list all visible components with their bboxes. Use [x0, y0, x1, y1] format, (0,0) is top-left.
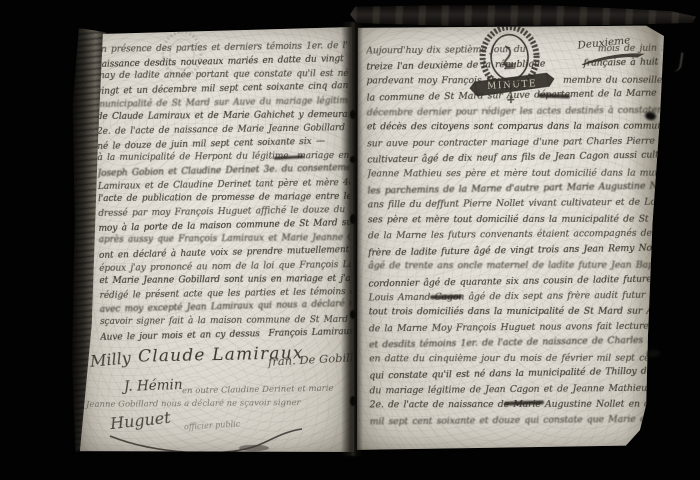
signature-milly: Milly [89, 348, 131, 370]
ink-strikethrough [430, 295, 462, 299]
signature-flourish [104, 424, 314, 458]
right-page: Deuxieme MINUTE Aujourd'huy dix septième… [356, 24, 668, 452]
book-edge-sheen [350, 5, 696, 26]
margin-pen-mark [671, 51, 684, 72]
manuscript-line: ses père et mère tout domicilié dans la … [368, 211, 664, 227]
register-scan: en présence des parties et derniers témo… [0, 0, 700, 480]
signature-hemin: J. Hémin [124, 377, 183, 395]
manuscript-line: ans fille du deffunt Pierre Nollet vivan… [368, 195, 664, 213]
manuscript-line: tout trois domiciliés dans la municipali… [369, 304, 665, 320]
marginal-note: Jeanne Gobillard nous a déclaré ne sçavo… [86, 398, 301, 410]
manuscript-line: et décès des citoyens sont comparus dans… [367, 119, 663, 135]
left-page-text: en présence des parties et derniers témo… [96, 40, 353, 344]
right-page-text: Aujourd'huy dix septième jour du mois de… [366, 41, 666, 430]
binding-stitch [350, 156, 356, 163]
book-top-edge [350, 5, 696, 26]
marginal-note: en outre Claudine Derinet et marie [182, 384, 334, 397]
manuscript-line: mil sept cent soixante et douze qui cons… [370, 411, 666, 429]
binding-stitch [350, 110, 356, 119]
left-page: en présence des parties et derniers témo… [78, 24, 354, 455]
binding-stitch [350, 396, 356, 406]
binding-stitch [350, 310, 356, 319]
binding-stitch [350, 214, 356, 224]
binding-gutter [341, 22, 363, 456]
edge-ink-mark [647, 349, 661, 357]
